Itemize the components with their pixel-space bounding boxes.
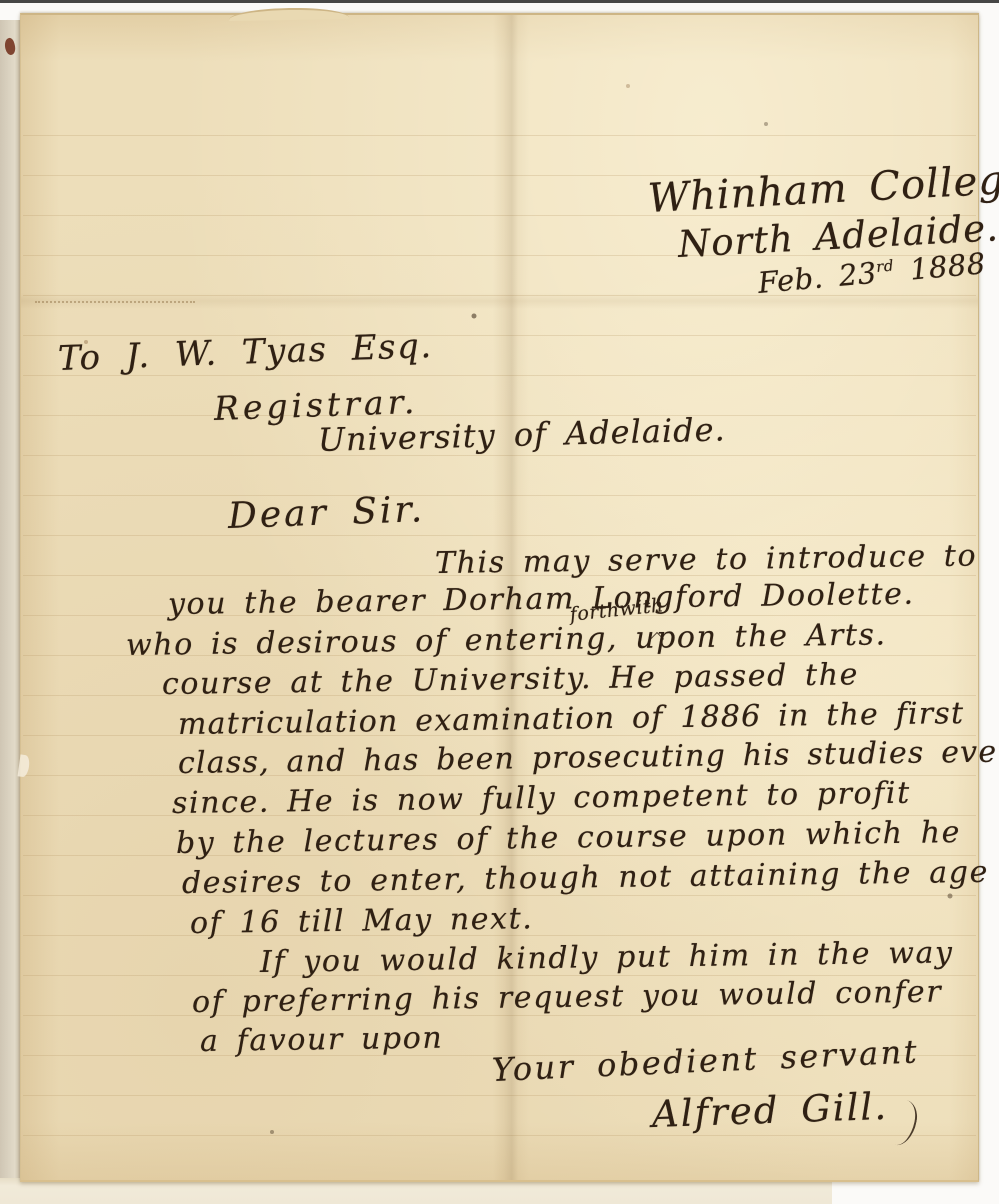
body-line: a favour upon [200,1023,444,1058]
date-ordinal-superscript: rd [875,256,894,275]
dashed-rule-fragment [35,301,195,303]
scan-top-edge-line [0,0,999,3]
salutation: Dear Sir. [227,491,425,536]
date-year: 1888 [909,246,987,286]
paper-specks [21,15,23,17]
body-line: of 16 till May next. [190,903,534,939]
scanned-letter-page: Whinham College North Adelaide. Feb. 23r… [0,0,999,1204]
body-line: This may serve to introduce to [435,540,978,579]
closing-signature: Alfred Gill. [651,1088,888,1135]
top-edge-fold-bump [229,7,349,21]
